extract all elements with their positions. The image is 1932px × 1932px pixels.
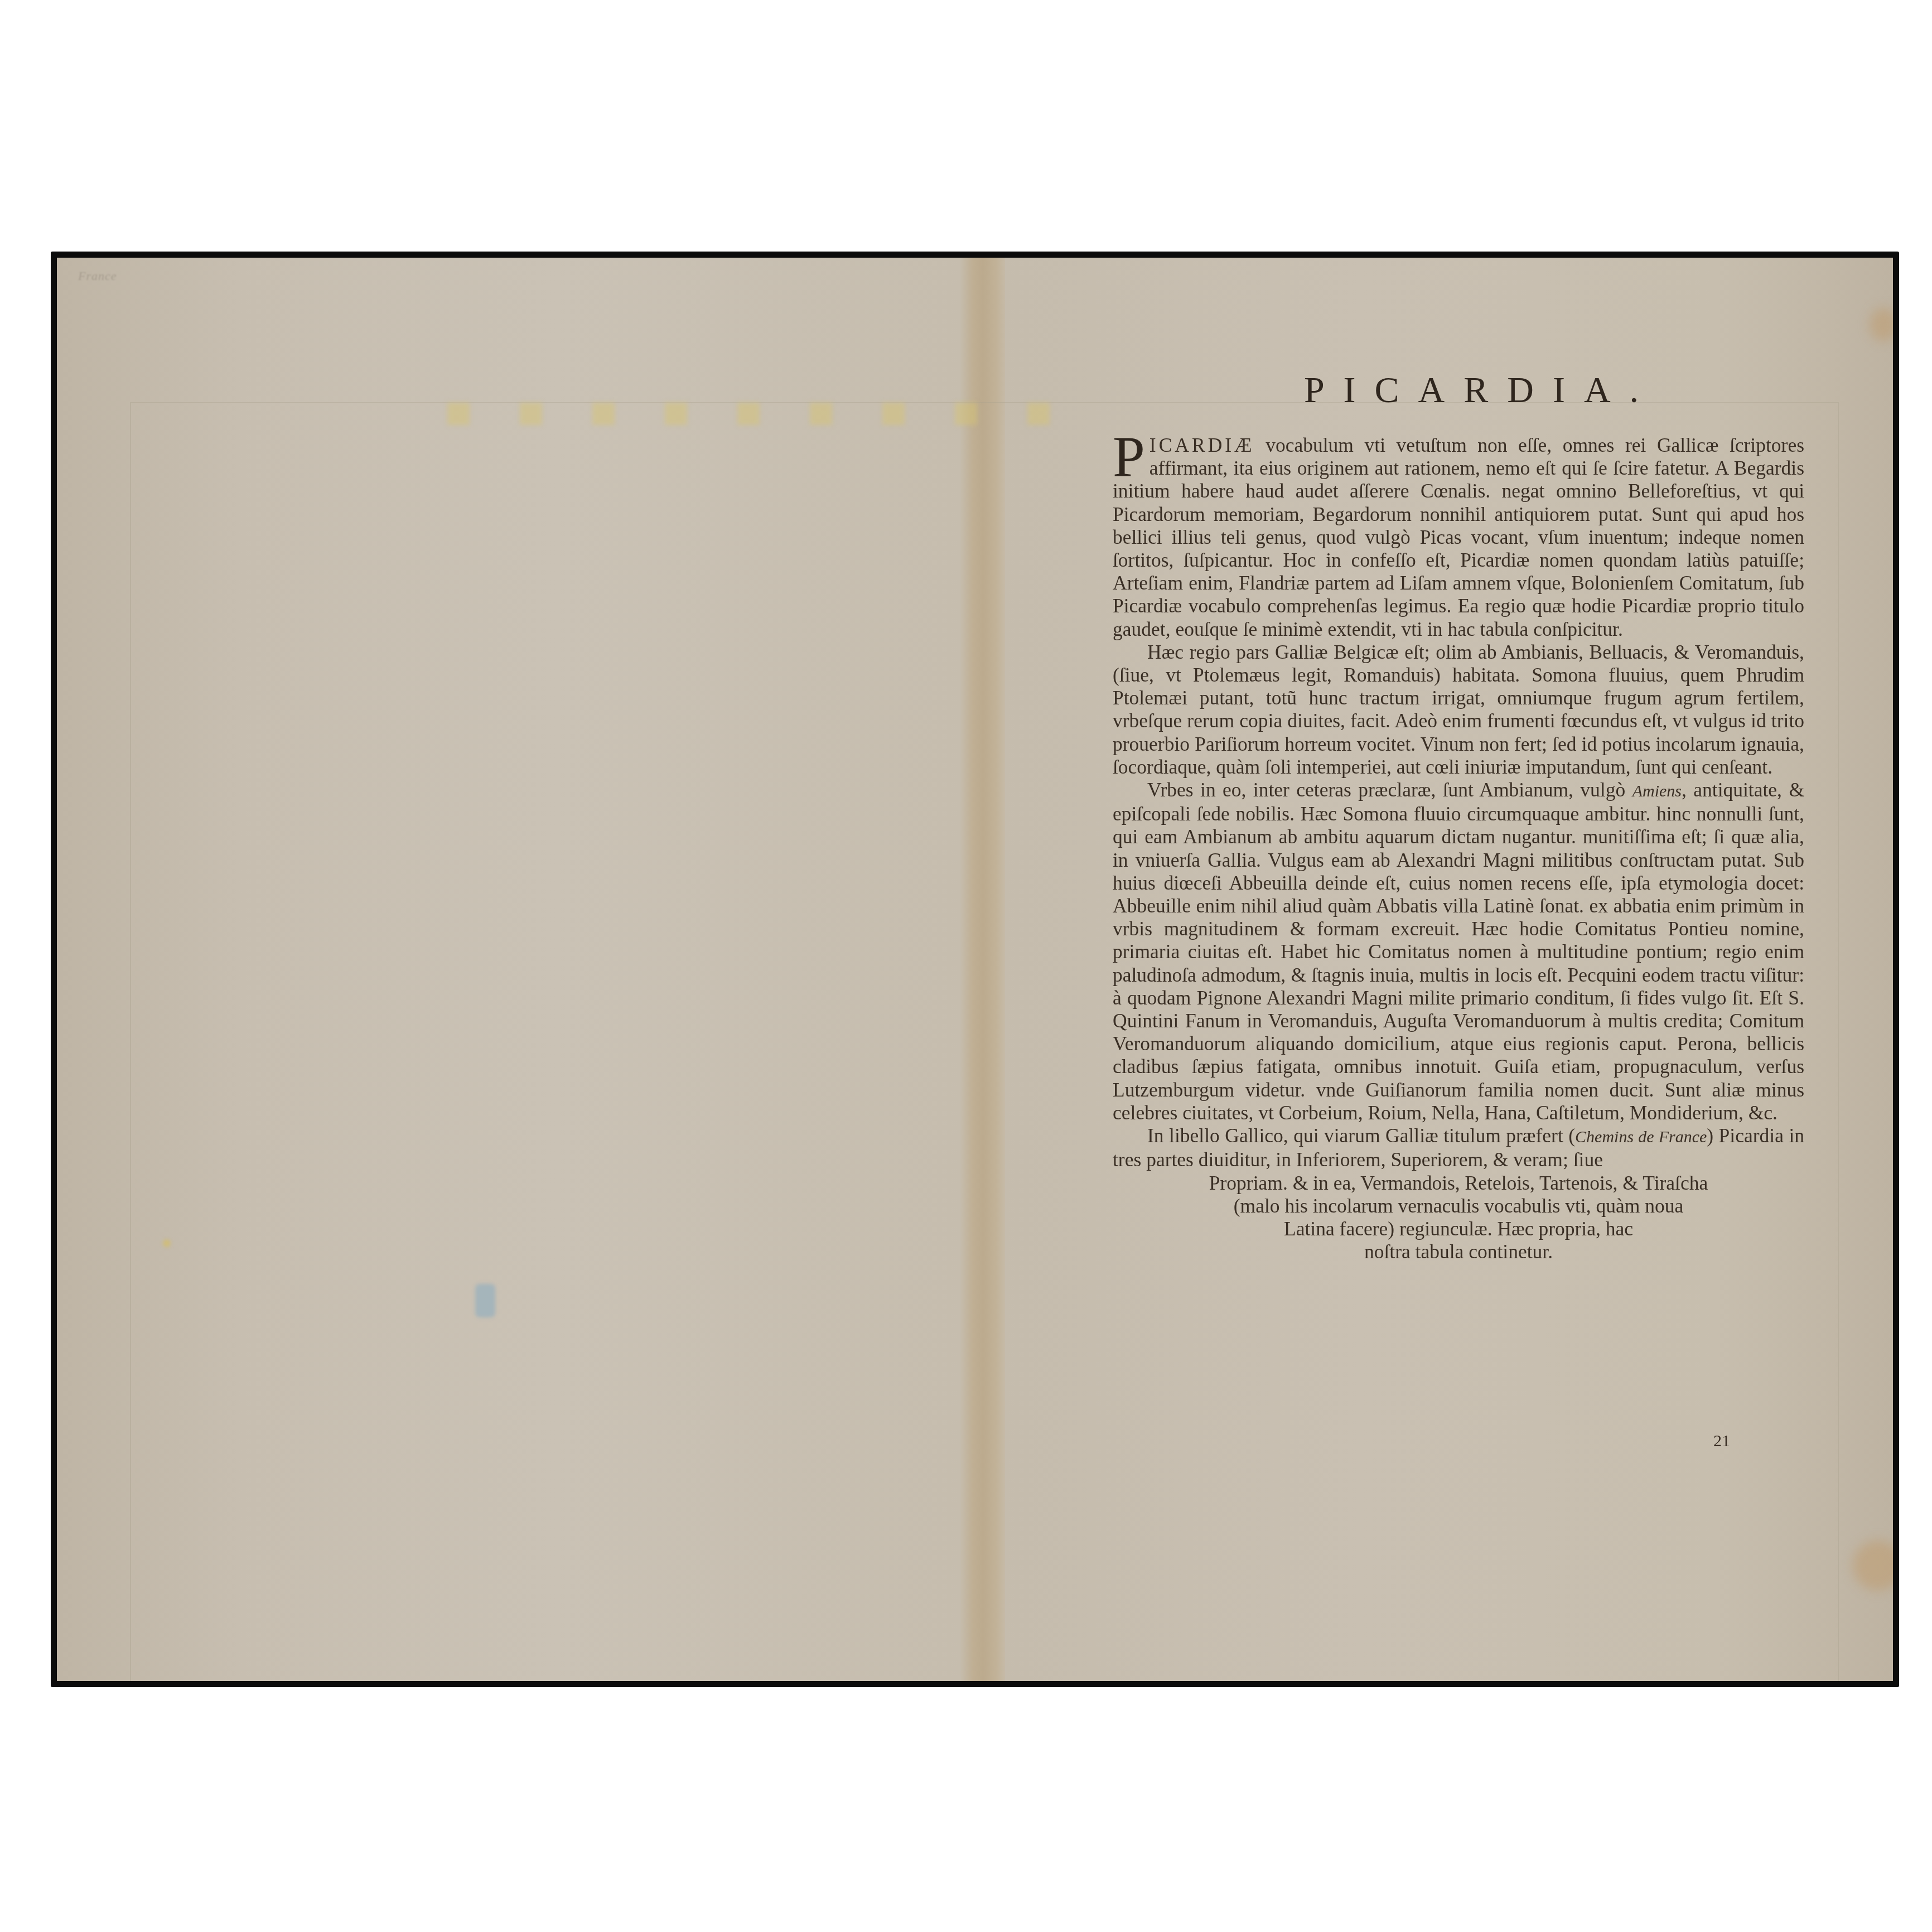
taper-line: noſtra tabula continetur. bbox=[1113, 1240, 1804, 1263]
paragraph-4: In libello Gallico, qui viarum Galliæ ti… bbox=[1113, 1124, 1804, 1171]
paragraph-3: Vrbes in eo, inter ceteras præclaræ, ſun… bbox=[1113, 779, 1804, 1124]
paragraph-1-text: vocabulum vti vetuſtum non eſſe, omnes r… bbox=[1113, 434, 1804, 640]
scan-frame: France PICARDIA. PICARDIÆ vocabulum vti … bbox=[51, 252, 1899, 1687]
pencil-annotation: France bbox=[78, 269, 117, 283]
blue-stain bbox=[475, 1284, 495, 1317]
taper-line: (malo his incolarum vernaculis vocabulis… bbox=[1113, 1195, 1804, 1218]
paragraph-4-italic: Chemins de France bbox=[1575, 1128, 1707, 1146]
foxing-spot bbox=[1870, 308, 1897, 341]
foxing-spot bbox=[1853, 1540, 1899, 1591]
paragraph-3-italic: Amiens bbox=[1632, 782, 1682, 800]
paragraph-1: PICARDIÆ vocabulum vti vetuſtum non eſſe… bbox=[1113, 434, 1804, 641]
paragraph-3-text-b: , antiquitate, & epiſcopali ſede nobilis… bbox=[1113, 779, 1804, 1124]
paragraph-2: Hæc regio pars Galliæ Belgicæ eſt; olim … bbox=[1113, 641, 1804, 779]
left-page bbox=[57, 258, 960, 1681]
yellow-spot bbox=[163, 1239, 171, 1247]
center-fold bbox=[960, 258, 1011, 1681]
taper-line: Propriam. & in ea, Vermandois, Retelois,… bbox=[1113, 1172, 1804, 1195]
first-word: ICARDIÆ bbox=[1149, 434, 1255, 456]
yellow-stain-band bbox=[425, 403, 1094, 425]
paragraph-4-text-a: In libello Gallico, qui viarum Galliæ ti… bbox=[1147, 1124, 1575, 1147]
page-number: 21 bbox=[1713, 1432, 1730, 1451]
taper-line: Latina facere) regiunculæ. Hæc propria, … bbox=[1113, 1218, 1804, 1240]
drop-cap: P bbox=[1113, 435, 1145, 480]
paragraph-3-text-a: Vrbes in eo, inter ceteras præclaræ, ſun… bbox=[1147, 779, 1632, 801]
text-block: PICARDIA. PICARDIÆ vocabulum vti vetuſtu… bbox=[1113, 369, 1804, 1263]
page-title: PICARDIA. bbox=[1113, 369, 1804, 412]
